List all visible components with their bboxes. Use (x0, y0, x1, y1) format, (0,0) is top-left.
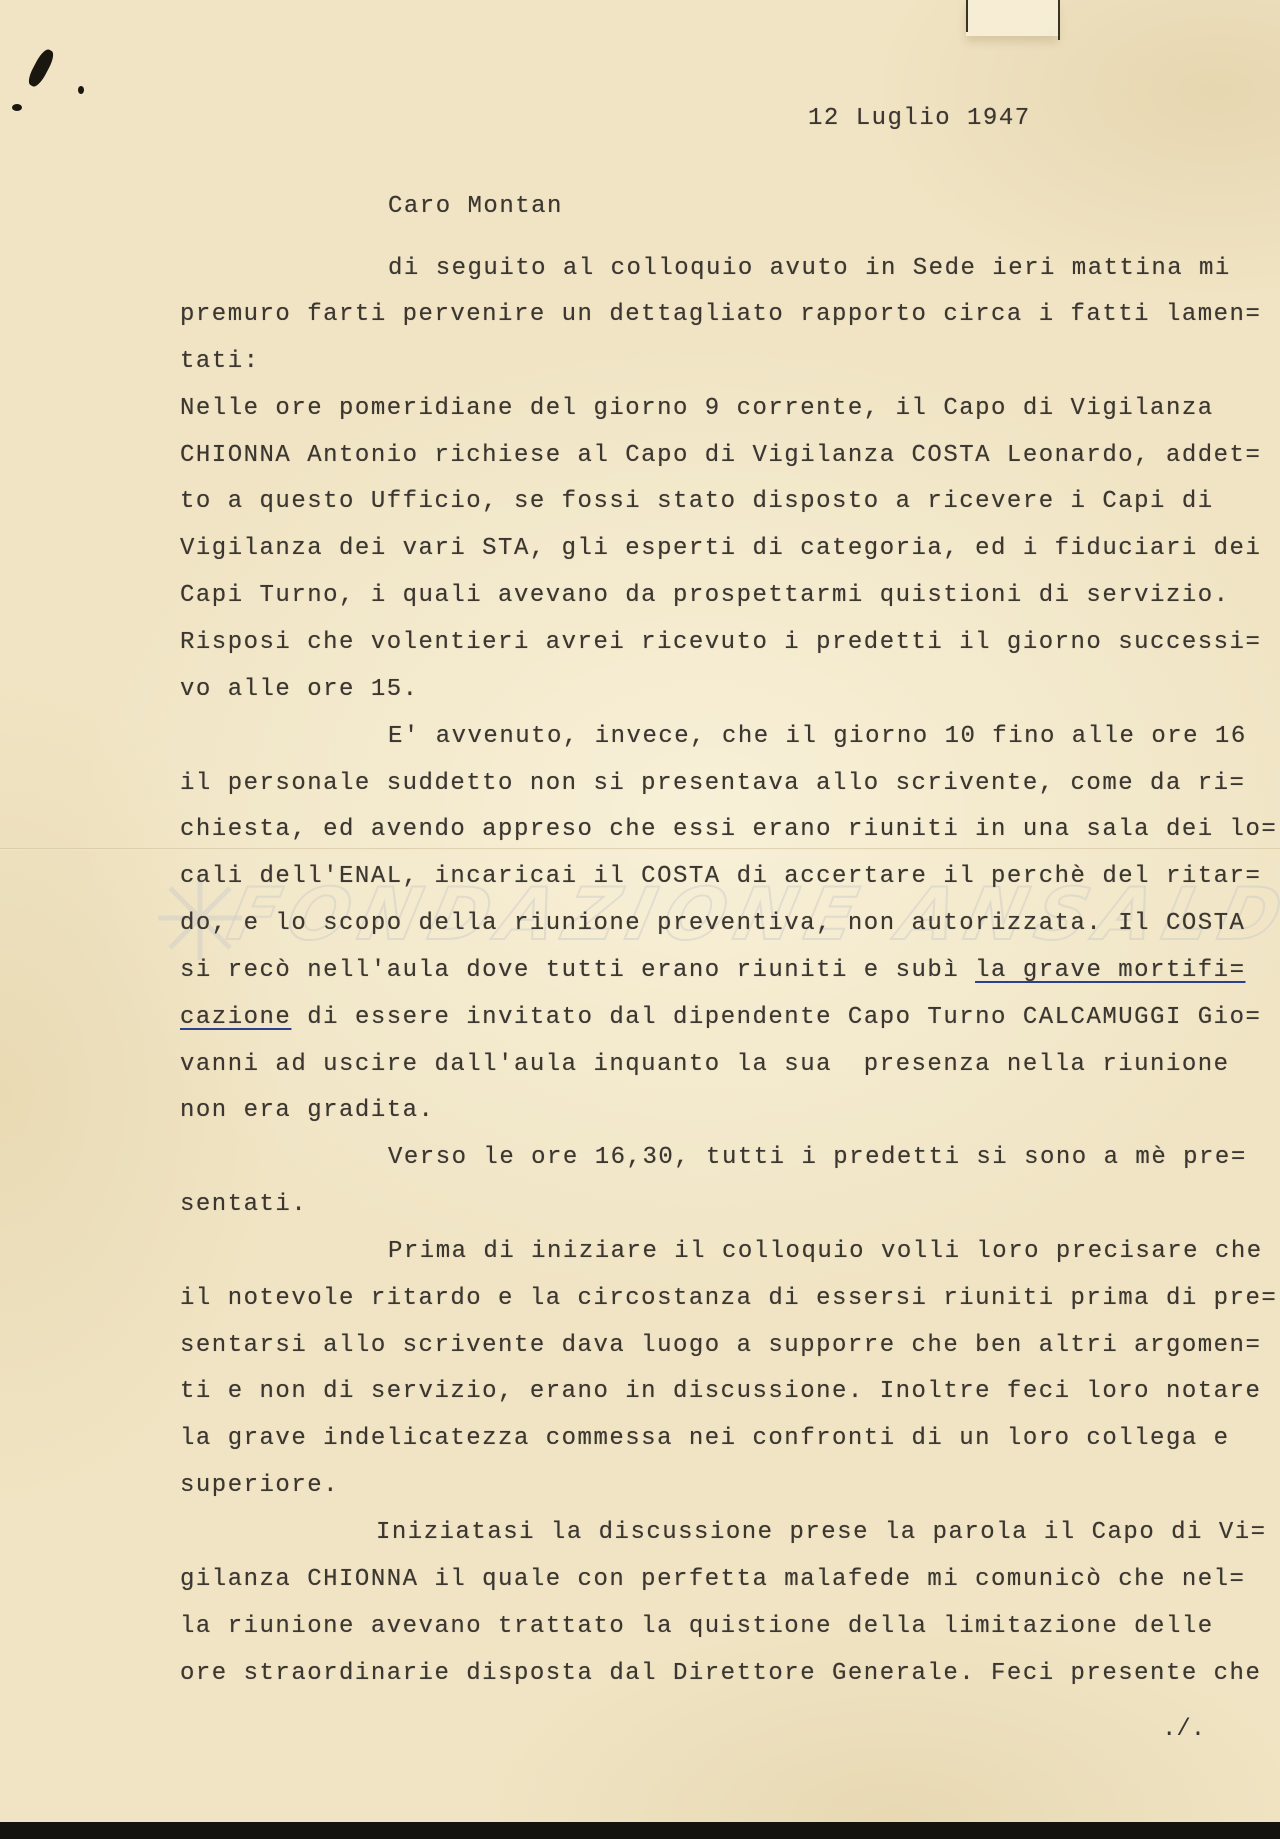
body-line: Nelle ore pomeridiane del giorno 9 corre… (180, 394, 1214, 424)
body-line: si recò nell'aula dove tutti erano riuni… (180, 956, 1245, 986)
body-line: non era gradita. (180, 1096, 434, 1126)
body-line: chiesta, ed avendo appreso che essi eran… (180, 815, 1277, 845)
body-line: sentarsi allo scrivente dava luogo a sup… (180, 1331, 1261, 1361)
scan-bottom-edge (0, 1822, 1280, 1839)
body-line: Vigilanza dei vari STA, gli esperti di c… (180, 534, 1261, 564)
body-line: Capi Turno, i quali avevano da prospetta… (180, 581, 1230, 611)
body-line: vo alle ore 15. (180, 675, 419, 705)
body-line: gilanza CHIONNA il quale con perfetta ma… (180, 1565, 1245, 1595)
paper-tear-right (1058, 0, 1060, 40)
letter-date: 12 Luglio 1947 (808, 104, 1031, 134)
body-line: vanni ad uscire dall'aula inquanto la su… (180, 1050, 1230, 1080)
letter-salutation: Caro Montan (388, 192, 563, 222)
body-line: premuro farti pervenire un dettagliato r… (180, 300, 1261, 330)
body-line: ore straordinarie disposta dal Direttore… (180, 1659, 1261, 1689)
underlined-phrase: cazione (180, 1004, 291, 1031)
body-line: la grave indelicatezza commessa nei conf… (180, 1424, 1230, 1454)
body-line: di seguito al colloquio avuto in Sede ie… (388, 254, 1231, 284)
body-line: Verso le ore 16,30, tutti i predetti si … (388, 1143, 1247, 1173)
body-line: to a questo Ufficio, se fossi stato disp… (180, 487, 1214, 517)
continuation-mark: ./. (1162, 1716, 1205, 1743)
underlined-phrase: la grave mortifi= (975, 957, 1245, 984)
body-line-text: si recò nell'aula dove tutti erano riuni… (180, 957, 975, 984)
body-line: ti e non di servizio, erano in discussio… (180, 1377, 1261, 1407)
body-line: il personale suddetto non si presentava … (180, 769, 1245, 799)
body-line: superiore. (180, 1471, 339, 1501)
body-line: E' avvenuto, invece, che il giorno 10 fi… (388, 722, 1247, 752)
body-line: tati: (180, 347, 260, 377)
body-line: Iniziatasi la discussione prese la parol… (376, 1518, 1267, 1548)
body-line: sentati. (180, 1190, 307, 1220)
body-line: il notevole ritardo e la circostanza di … (180, 1284, 1277, 1314)
body-line: CHIONNA Antonio richiese al Capo di Vigi… (180, 441, 1261, 471)
paper-fold-line (0, 848, 1280, 850)
body-line: Risposi che volentieri avrei ricevuto i … (180, 628, 1261, 658)
body-line: cazione di essere invitato dal dipendent… (180, 1003, 1261, 1033)
punch-hole-icon (12, 104, 22, 111)
body-line: Prima di iniziare il colloquio volli lor… (388, 1237, 1263, 1267)
torn-paper-flap (966, 0, 1058, 36)
body-line: la riunione avevano trattato la quistion… (180, 1612, 1214, 1642)
body-line-text: di essere invitato dal dipendente Capo T… (307, 1004, 1261, 1031)
body-line: do, e lo scopo della riunione preventiva… (180, 909, 1245, 939)
punch-hole-icon (78, 86, 84, 94)
body-line: cali dell'ENAL, incaricai il COSTA di ac… (180, 862, 1261, 892)
paper-tear-left (966, 0, 968, 32)
